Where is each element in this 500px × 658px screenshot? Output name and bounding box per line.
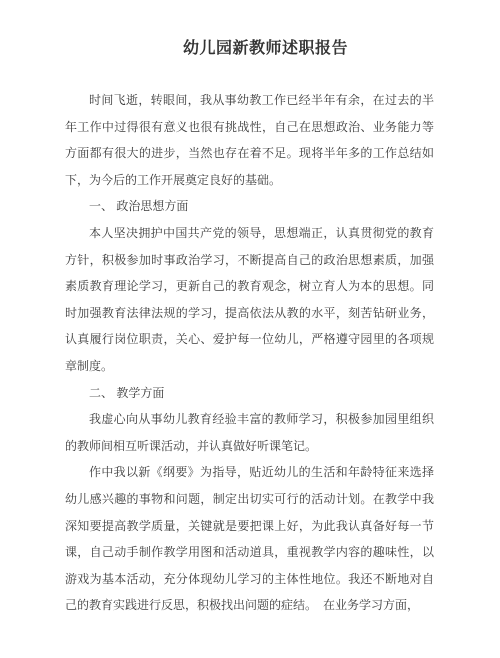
text-line: 方针，积极参加时事政治学习，不断提高自己的政治思想素质，加强	[65, 247, 434, 274]
text-line: 素质教育理论学习，更新自己的教育观念，树立育人为本的思想。同	[65, 273, 434, 300]
text-line: 课，自己动手制作教学用图和活动道具，重视教学内容的趣味性，以	[65, 539, 434, 566]
text-line: 方面都有很大的进步，当然也存在着不足。现将半年多的工作总结如	[65, 140, 434, 167]
text-line: 章制度。	[65, 353, 434, 380]
text-line: 游戏为基本活动，充分体现幼儿学习的主体性地位。我还不断地对自	[65, 566, 434, 593]
text-line: 时加强教育法律法规的学习，提高依法从教的水平，刻苦钻研业务，	[65, 300, 434, 327]
paragraph: 作中我以新《纲要》为指导，贴近幼儿的生活和年龄特征来选择幼儿感兴趣的事物和问题，…	[65, 459, 434, 619]
section-heading: 一、 政治思想方面	[65, 193, 434, 220]
text-line: 幼儿感兴趣的事物和问题，制定出切实可行的活动计划。在教学中我	[65, 486, 434, 513]
heading-line: 二、 教学方面	[65, 380, 434, 407]
paragraph: 我虚心向从事幼儿教育经验丰富的教师学习，积极参加园里组织的教师间相互听课活动，并…	[65, 406, 434, 459]
document-page: 幼儿园新教师述职报告 时间飞逝，转眼间，我从事幼教工作已经半年有余，在过去的半年…	[0, 0, 500, 658]
heading-line: 一、 政治思想方面	[65, 193, 434, 220]
text-line: 的教师间相互听课活动，并认真做好听课笔记。	[65, 433, 434, 460]
text-line: 认真履行岗位职责，关心、爱护每一位幼儿，严格遵守园里的各项规	[65, 326, 434, 353]
text-line: 己的教育实践进行反思，积极找出问题的症结。 在业务学习方面，	[65, 592, 434, 619]
document-body: 时间飞逝，转眼间，我从事幼教工作已经半年有余，在过去的半年工作中过得很有意义也很…	[65, 87, 434, 619]
section-heading: 二、 教学方面	[65, 380, 434, 407]
paragraph: 时间飞逝，转眼间，我从事幼教工作已经半年有余，在过去的半年工作中过得很有意义也很…	[65, 87, 434, 193]
document-title: 幼儿园新教师述职报告	[65, 36, 434, 62]
text-line: 年工作中过得很有意义也很有挑战性，自己在思想政治、业务能力等	[65, 114, 434, 141]
text-line: 作中我以新《纲要》为指导，贴近幼儿的生活和年龄特征来选择	[65, 459, 434, 486]
text-line: 我虚心向从事幼儿教育经验丰富的教师学习，积极参加园里组织	[65, 406, 434, 433]
text-line: 时间飞逝，转眼间，我从事幼教工作已经半年有余，在过去的半	[65, 87, 434, 114]
text-line: 下，为今后的工作开展奠定良好的基础。	[65, 167, 434, 194]
paragraph: 本人坚决拥护中国共产党的领导，思想端正，认真贯彻党的教育方针，积极参加时事政治学…	[65, 220, 434, 380]
text-line: 本人坚决拥护中国共产党的领导，思想端正，认真贯彻党的教育	[65, 220, 434, 247]
text-line: 深知要提高教学质量，关键就是要把课上好，为此我认真备好每一节	[65, 513, 434, 540]
